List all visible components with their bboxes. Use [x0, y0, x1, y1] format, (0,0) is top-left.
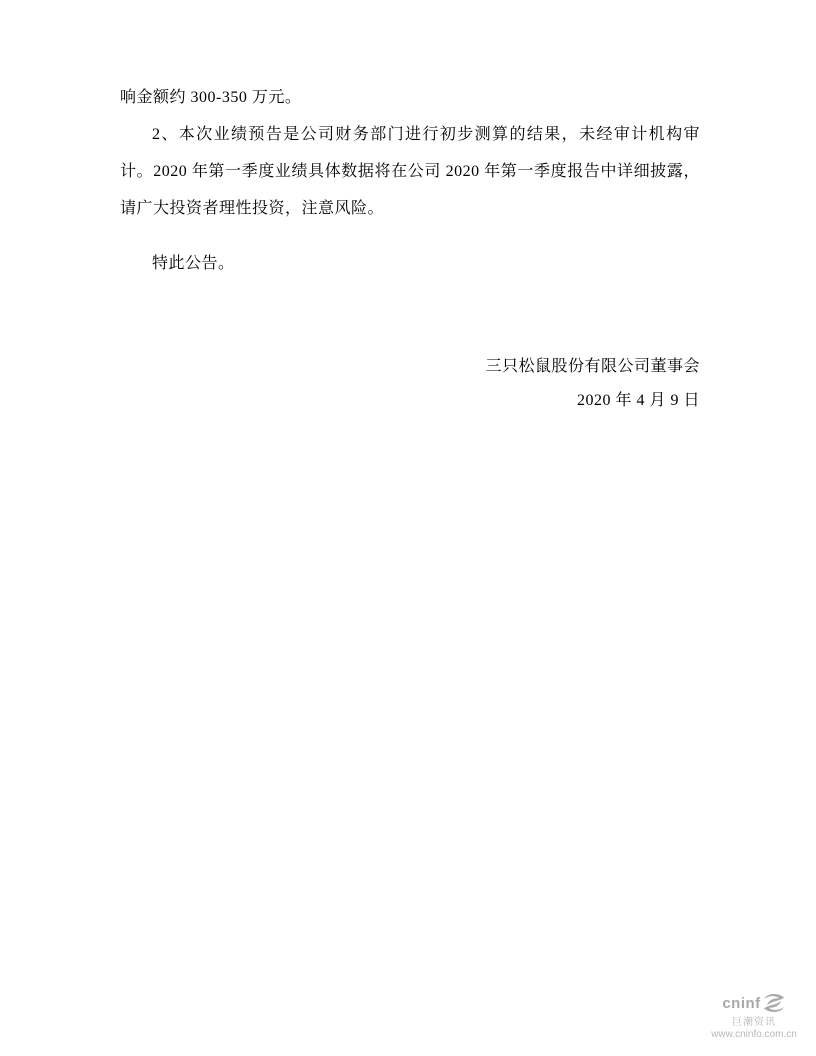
- document-body: 响金额约 300-350 万元。 2、本次业绩预告是公司财务部门进行初步测算的结…: [120, 0, 700, 418]
- cninfo-swirl-icon: [762, 993, 786, 1013]
- document-page: 响金额约 300-350 万元。 2、本次业绩预告是公司财务部门进行初步测算的结…: [0, 0, 816, 1056]
- cninfo-brand-chinese: 巨潮资讯: [704, 1013, 804, 1028]
- signature-block: 三只松鼠股份有限公司董事会 2020 年 4 月 9 日: [120, 350, 700, 418]
- paragraph-continuation: 响金额约 300-350 万元。: [120, 79, 700, 116]
- cninfo-logo-text: cninf: [722, 995, 760, 1012]
- paragraph-item-2: 2、本次业绩预告是公司财务部门进行初步测算的结果，未经审计机构审计。2020 年…: [120, 116, 700, 227]
- cninfo-url: www.cninfo.com.cn: [704, 1029, 804, 1040]
- signature-date: 2020 年 4 月 9 日: [120, 384, 700, 418]
- cninfo-watermark: cninf 巨潮资讯 www.cninfo.com.cn: [704, 993, 804, 1040]
- cninfo-logo-row: cninf: [704, 993, 804, 1013]
- paragraph-closing-statement: 特此公告。: [120, 245, 700, 282]
- signature-company: 三只松鼠股份有限公司董事会: [120, 350, 700, 384]
